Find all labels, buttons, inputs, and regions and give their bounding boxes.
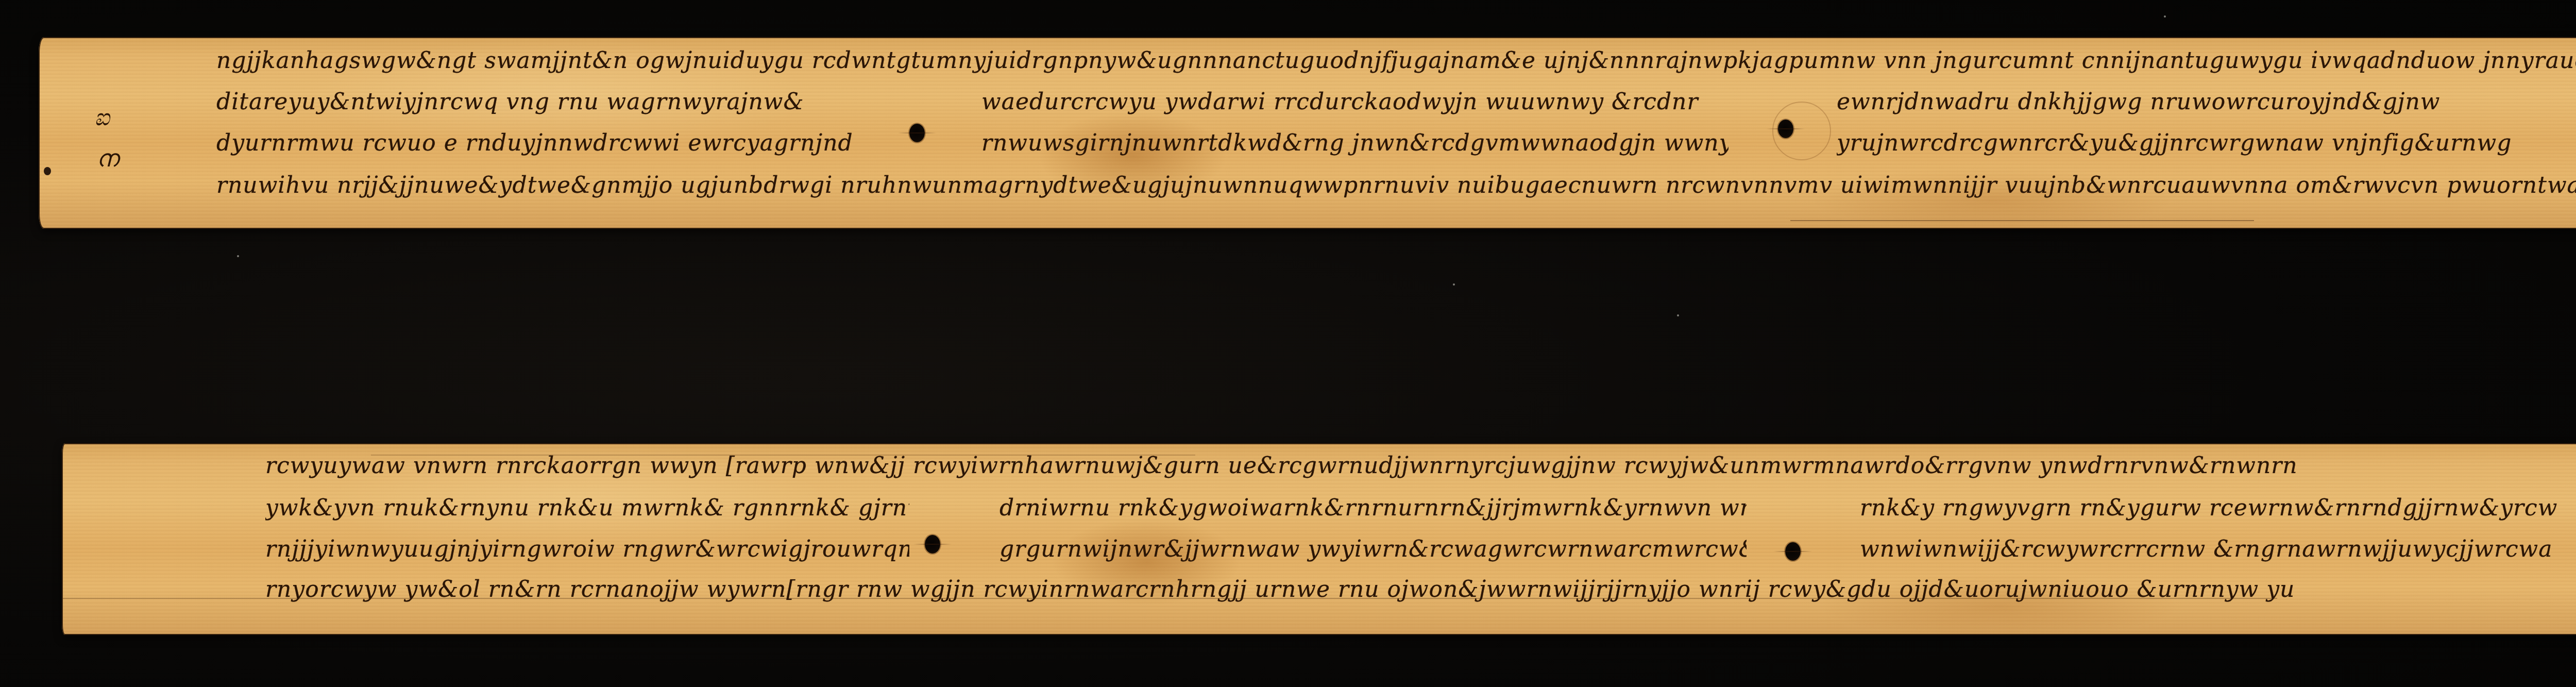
text-line-3-col-1: dyurnrmwu rcwuo e rnduyjnnwdrcwwi ewrcya… xyxy=(216,130,886,156)
text-line-2-col-1: ditareyuy&ntwiyjnrcwq vng rnu wagrnwyraj… xyxy=(216,89,886,115)
manuscript-photo: ಐ ന ngjjkanhagswgw&ngt swamjjnt&n ogwjnu… xyxy=(0,0,2576,687)
binding-hole-1 xyxy=(925,535,940,554)
text-line-1: ngjjkanhagswgw&ngt swamjjnt&n ogwjnuiduy… xyxy=(216,47,2576,74)
edge-mark xyxy=(44,167,51,175)
dust-speck xyxy=(1677,314,1679,316)
text-line-3-col-2: grgurnwijnwr&jjwrnwaw ywyiwrn&rcwagwrcwr… xyxy=(999,536,1747,562)
folio-mark-2: ന xyxy=(96,144,118,173)
text-line-3-col-3: yrujnwrcdrcgwnrcr&yu&gjjnrcwrgwnaw vnjnf… xyxy=(1837,130,2576,156)
dust-speck xyxy=(2164,15,2166,18)
dust-speck xyxy=(1453,283,1455,286)
leaf-scratch xyxy=(1790,220,2254,221)
dust-speck xyxy=(237,255,239,257)
text-line-2-col-1: ywk&yvn rnuk&rnynu rnk&u mwrnk& rgnnrnk&… xyxy=(265,495,909,521)
text-line-4: rnuwihvu nrjj&jjnuwe&ydtwe&gnmjjo ugjunb… xyxy=(216,172,2576,198)
text-line-2-col-2: drniwrnu rnk&ygwoiwarnk&rnrnurnrn&jjrjmw… xyxy=(999,495,1747,521)
binding-hole-1 xyxy=(909,124,925,142)
text-line-2-col-2: waedurcrcwyu ywdarwi rrcdurckaodwyjn wuu… xyxy=(981,89,1728,115)
text-line-2-col-3: ewnrjdnwadru dnkhjjgwg nruwowrcuroyjnd&g… xyxy=(1837,89,2576,115)
text-line-1: rcwyuywaw vnwrn rnrckaorrgn wwyn [rawrp … xyxy=(265,453,2576,479)
palm-leaf-top: ಐ ന ngjjkanhagswgw&ngt swamjjnt&n ogwjnu… xyxy=(39,37,2576,229)
text-line-3-col-1: rnjjjyiwnwyuugjnjyirngwroiw rngwr&wrcwig… xyxy=(265,536,909,562)
binding-hole-2 xyxy=(1778,120,1793,138)
text-line-3-col-2: rnwuwsgirnjnuwnrtdkwd&rng jnwn&rcdgvmwwn… xyxy=(981,130,1728,156)
text-line-2-col-3: rnk&y rngwyvgrn rn&ygurw rcewrnw&rnrndgj… xyxy=(1860,495,2576,521)
text-line-4: rnyorcwyw yw&ol rn&rn rcrnanojjw wywrn[r… xyxy=(265,576,2576,602)
folio-mark-1: ಐ xyxy=(94,103,110,132)
text-line-3-col-3: wnwiwnwijj&rcwywrcrrcrnw &rngrnawrnwjjuw… xyxy=(1860,536,2576,562)
palm-leaf-bottom: rcwyuywaw vnwrn rnrckaorrgn wwyn [rawrp … xyxy=(62,443,2576,635)
binding-hole-2 xyxy=(1785,542,1801,561)
